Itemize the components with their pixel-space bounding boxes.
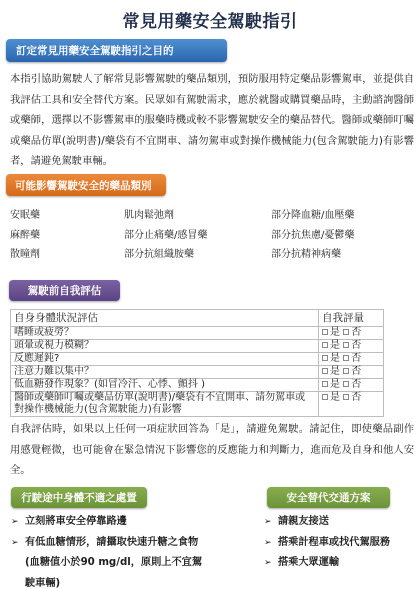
- medication-item: 部分抗焦慮/憂鬱藥: [271, 226, 410, 246]
- checkbox-yes-icon[interactable]: [322, 381, 328, 387]
- checkbox-no-icon[interactable]: [343, 329, 349, 335]
- table-row: 嗜睡或疲勞？ 是 否: [11, 327, 384, 340]
- header-condition: 自身身體狀況評估: [11, 310, 319, 327]
- table-row: 注意力難以集中？ 是 否: [11, 366, 384, 379]
- condition-cell: 頭暈或視力模糊？: [11, 340, 319, 353]
- no-label: 否: [351, 379, 361, 390]
- medication-item: 肌肉鬆弛劑: [124, 206, 271, 226]
- page-title: 常見用藥安全駕駛指引: [0, 7, 420, 32]
- table-row: 低血糖發作現象？(如冒冷汗、心悸、顫抖 ) 是 否: [11, 379, 384, 392]
- checkbox-yes-icon[interactable]: [322, 368, 328, 374]
- medications-heading: 可能影響駕駛安全的藥品類別: [6, 174, 166, 196]
- condition-cell: 醫師或藥師叮囑或藥品仿單(說明書)/藥袋有不宜開車、請勿駕車或對操作機械能力(包…: [11, 392, 319, 417]
- alternatives-heading: 安全替代交通方案: [267, 487, 390, 508]
- list-item: ➢搭乘計程車或找代駕服務: [264, 533, 414, 554]
- no-label: 否: [351, 366, 361, 377]
- yes-label: 是: [330, 379, 340, 390]
- condition-cell: 注意力難以集中？: [11, 366, 319, 379]
- rating-cell: 是 否: [319, 340, 384, 353]
- yes-label: 是: [330, 353, 340, 364]
- table-row: 醫師或藥師叮囑或藥品仿單(說明書)/藥袋有不宜開車、請勿駕車或對操作機械能力(包…: [11, 392, 384, 417]
- checkbox-no-icon[interactable]: [343, 342, 349, 348]
- condition-cell: 反應遲鈍?: [11, 353, 319, 366]
- yes-label: 是: [330, 327, 340, 338]
- medication-item: 部分抗組織胺藥: [124, 245, 271, 265]
- self-assessment-heading: 駕駛前自我評估: [9, 280, 120, 301]
- medication-item: 散瞳劑: [10, 245, 124, 265]
- arrow-bullet-icon: ➢: [264, 512, 272, 533]
- list-item-text: 有低血糖情形，請攝取快速升糖之食物(血糖值小於90 mg/dl，原則上不宜駕駛車…: [25, 537, 202, 589]
- condition-cell: 嗜睡或疲勞？: [11, 327, 319, 340]
- checkbox-no-icon[interactable]: [343, 368, 349, 374]
- rating-cell: 是 否: [319, 327, 384, 340]
- list-item-text: 請親友接送: [278, 516, 329, 527]
- list-item: ➢有低血糖情形，請攝取快速升糖之食物(血糖值小於90 mg/dl，原則上不宜駕駛…: [11, 533, 211, 589]
- purpose-text: 本指引協助駕駛人了解常見影響駕駛的藥品類別，預防服用特定藥品影響駕車，並提供自我…: [10, 69, 414, 172]
- no-label: 否: [351, 327, 361, 338]
- list-item: ➢立刻將車安全停靠路邊: [11, 512, 211, 533]
- arrow-bullet-icon: ➢: [11, 533, 19, 554]
- self-assessment-table: 自身身體狀況評估 自我評量 嗜睡或疲勞？ 是 否 頭暈或視力模糊？ 是 否 反應…: [10, 309, 384, 417]
- medication-item: 部分抗精神病藥: [271, 245, 410, 265]
- list-item-text: 立刻將車安全停靠路邊: [25, 516, 127, 527]
- checkbox-yes-icon[interactable]: [322, 329, 328, 335]
- medication-item: 安眠藥: [10, 206, 124, 226]
- rating-cell: 是 否: [319, 392, 384, 417]
- medication-item: 麻醉藥: [10, 226, 124, 246]
- checkbox-no-icon[interactable]: [343, 355, 349, 361]
- checkbox-no-icon[interactable]: [343, 394, 349, 400]
- no-label: 否: [351, 340, 361, 351]
- checkbox-yes-icon[interactable]: [322, 355, 328, 361]
- checkbox-yes-icon[interactable]: [322, 394, 328, 400]
- checkbox-yes-icon[interactable]: [322, 342, 328, 348]
- purpose-heading: 訂定常見用藥安全駕駛指引之目的: [6, 39, 227, 62]
- rating-cell: 是 否: [319, 366, 384, 379]
- arrow-bullet-icon: ➢: [11, 512, 19, 533]
- list-item-text: 搭乘計程車或找代駕服務: [278, 537, 390, 548]
- condition-cell: 低血糖發作現象？(如冒冷汗、心悸、顫抖 ): [11, 379, 319, 392]
- list-item: ➢請親友接送: [264, 512, 414, 533]
- discomfort-heading: 行駛途中身體不適之處置: [11, 487, 147, 508]
- medication-item: 部分降血糖/血壓藥: [271, 206, 410, 226]
- assessment-note: 自我評估時，如果以上任何一項症狀回答為「是」，請避免駕駛。請記住，即使藥品副作用…: [10, 419, 414, 481]
- yes-label: 是: [330, 366, 340, 377]
- table-header-row: 自身身體狀況評估 自我評量: [11, 310, 384, 327]
- alternatives-list: ➢請親友接送 ➢搭乘計程車或找代駕服務 ➢搭乘大眾運輸: [264, 512, 414, 574]
- medication-list: 安眠藥 肌肉鬆弛劑 部分降血糖/血壓藥 麻醉藥 部分止痛藥/感冒藥 部分抗焦慮/…: [10, 206, 410, 265]
- discomfort-list: ➢立刻將車安全停靠路邊 ➢有低血糖情形，請攝取快速升糖之食物(血糖值小於90 m…: [11, 512, 211, 589]
- table-row: 頭暈或視力模糊？ 是 否: [11, 340, 384, 353]
- yes-label: 是: [330, 392, 340, 403]
- arrow-bullet-icon: ➢: [264, 533, 272, 554]
- list-item-text: 搭乘大眾運輸: [278, 557, 339, 568]
- arrow-bullet-icon: ➢: [264, 553, 272, 574]
- list-item: ➢搭乘大眾運輸: [264, 553, 414, 574]
- header-rating: 自我評量: [319, 310, 384, 327]
- rating-cell: 是 否: [319, 379, 384, 392]
- medication-item: 部分止痛藥/感冒藥: [124, 226, 271, 246]
- checkbox-no-icon[interactable]: [343, 381, 349, 387]
- no-label: 否: [351, 392, 361, 403]
- table-row: 反應遲鈍? 是 否: [11, 353, 384, 366]
- no-label: 否: [351, 353, 361, 364]
- rating-cell: 是 否: [319, 353, 384, 366]
- yes-label: 是: [330, 340, 340, 351]
